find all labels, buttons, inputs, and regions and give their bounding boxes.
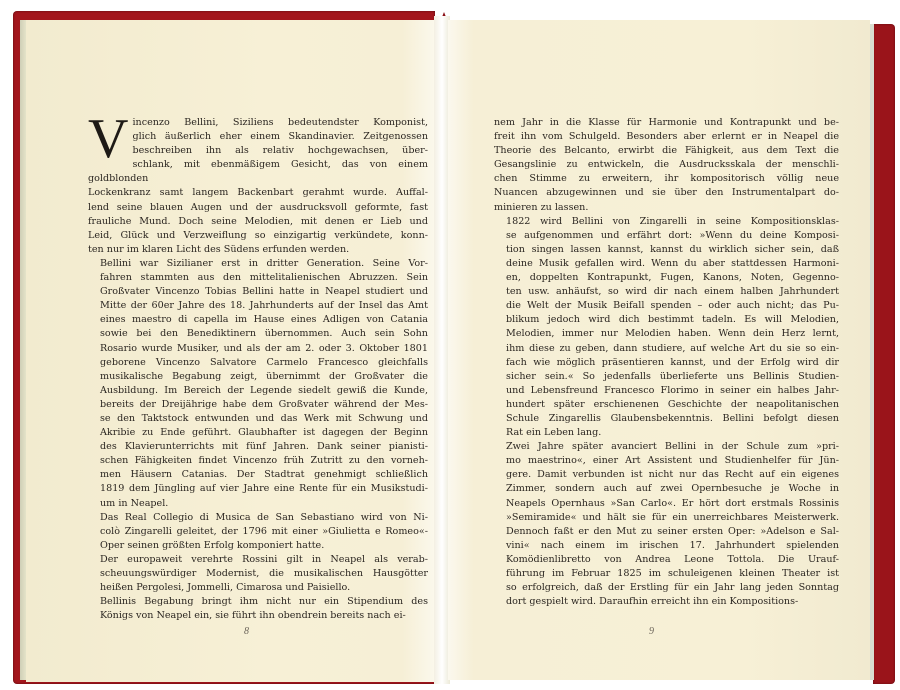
text-line: ihm diese zu geben, dann studiere, auf w… [494,342,839,356]
text-line: freit ihn vom Schulgeld. Besonders aber … [494,130,839,144]
text-line: Bellini war Sizilianer erst in dritter G… [88,257,428,271]
text-line: hundert später erschienenen Geschichte d… [494,398,839,412]
text-line: Rosario wurde Musiker, und als der am 2.… [88,342,428,356]
text-line: Oper seinen größten Erfolg komponiert ha… [88,539,428,553]
text-line: beschreiben ihn als relativ hochgewachse… [88,144,428,158]
paragraph: Bellinis Begabung bringt ihm nicht nur e… [88,595,428,623]
paragraph: Zwei Jahre später avanciert Bellini in d… [494,440,839,609]
text-line: 1822 wird Bellini von Zingarelli in sein… [494,215,839,229]
text-line: tion singen lassen kannst, kannst du wir… [494,243,839,257]
text-line: geborene Vincenzo Salvatore Carmelo Fran… [88,356,428,370]
text-line: des Klavierunterrichts mit fünf Jahren. … [88,440,428,454]
left-page: V incenzo Bellini, Siziliens bedeutendst… [26,20,435,682]
right-page: nem Jahr in die Klasse für Harmonie und … [448,20,870,680]
drop-cap: V [88,118,128,160]
text-line: vini« nach einem im irischen 17. Jahrhun… [494,539,839,553]
text-line: sowie bei den Benediktinern übernommen. … [88,327,428,341]
text-line: colò Zingarelli geleitet, der 1796 mit e… [88,525,428,539]
text-line: heißen Pergolesi, Jommelli, Cimarosa und… [88,581,428,595]
text-line: Gesangslinie zu entwickeln, die Ausdruck… [494,158,839,172]
text-line: fach wie möglich präsentieren kannst, un… [494,356,839,370]
text-line: mo maestrino«, einer Art Assistent und S… [494,454,839,468]
text-line: ten usw. anhäufst, so wird dir nach eine… [494,285,839,299]
text-line: scheuungswürdiger Modernist, die musikal… [88,567,428,581]
text-line: »Semiramide« und hält sie für ein unerre… [494,511,839,525]
text-line: lend seine blauen Augen und der ausdruck… [88,201,428,215]
text-line: Dennoch faßt er den Mut zu seiner ersten… [494,525,839,539]
text-line: Leid, Glück und Verzweiflung so einzigar… [88,229,428,243]
text-line: Mitte der 60er Jahre des 18. Jahrhundert… [88,299,428,313]
text-line: führung im Februar 1825 im schuleigenen … [494,567,839,581]
text-line: se den Taktstock entwunden und das Werk … [88,412,428,426]
paragraph: nem Jahr in die Klasse für Harmonie und … [494,116,839,215]
text-line: Zwei Jahre später avanciert Bellini in d… [494,440,839,454]
text-line: Schule Zingarellis Glaubensbekenntnis. B… [494,412,839,426]
text-line: frauliche Mund. Doch seine Melodien, mit… [88,215,428,229]
text-line: se aufgenommen und erfährt dort: »Wenn d… [494,229,839,243]
text-line: gere. Damit verbunden ist nicht nur das … [494,468,839,482]
paragraph: incenzo Bellini, Siziliens bedeutendster… [88,116,428,257]
text-line: fahren stammten aus den mittelitalienisc… [88,271,428,285]
text-line: Zimmer, sondern auch auf zwei Opernbesuc… [494,482,839,496]
text-line: deine Musik gefallen wird. Wenn du aber … [494,257,839,271]
text-line: glich äußerlich eher einem Skandinavier.… [88,130,428,144]
text-line: nem Jahr in die Klasse für Harmonie und … [494,116,839,130]
paragraph: Der europaweit verehrte Rossini gilt in … [88,553,428,595]
text-line: 1819 dem Jüngling auf vier Jahre eine Re… [88,482,428,496]
text-line: Rat ein Leben lang. [494,426,839,440]
text-line: en, doppelten Kontrapunkt, Fugen, Kanons… [494,271,839,285]
left-page-text: V incenzo Bellini, Siziliens bedeutendst… [88,116,428,623]
text-line: Neapels Opernhaus »San Carlo«. Er hört d… [494,497,839,511]
paragraph: Bellini war Sizilianer erst in dritter G… [88,257,428,511]
right-page-text: nem Jahr in die Klasse für Harmonie und … [494,116,839,609]
text-line: sicher sein.« So jedenfalls überlieferte… [494,370,839,384]
text-line: bereits der Dreijährige habe dem Großvat… [88,398,428,412]
text-line: schen Fähigkeiten findet Vincenzo früh Z… [88,454,428,468]
text-line: Lockenkranz samt langem Backenbart gerah… [88,186,428,200]
text-line: und Lebensfreund Francesco Florimo in se… [494,384,839,398]
text-line: um in Neapel. [88,497,428,511]
text-line: Großvater Vincenzo Tobias Bellini hatte … [88,285,428,299]
text-line: Bellinis Begabung bringt ihm nicht nur e… [88,595,428,609]
paragraph: 1822 wird Bellini von Zingarelli in sein… [494,215,839,441]
text-line: so erfolgreich, daß der Erstling für ein… [494,581,839,595]
text-line: ten nur im klaren Licht des Südens erfun… [88,243,428,257]
page-number-right: 9 [649,626,654,637]
text-line: Das Real Collegio di Musica de San Sebas… [88,511,428,525]
text-line: incenzo Bellini, Siziliens bedeutendster… [88,116,428,130]
text-line: Ausbildung. Im Bereich der Legende siede… [88,384,428,398]
text-line: Königs von Neapel ein, sie führt ihn obe… [88,609,428,623]
text-line: men Häusern Catanias. Der Stadtrat geneh… [88,468,428,482]
text-line: chen Stimme zu erweitern, ihr kompositor… [494,172,839,186]
text-line: Akribie zu Ende geführt. Glaubhafter ist… [88,426,428,440]
text-line: Der europaweit verehrte Rossini gilt in … [88,553,428,567]
paragraph: Das Real Collegio di Musica de San Sebas… [88,511,428,553]
text-line: eines maestro di capella im Hause eines … [88,313,428,327]
text-line: minieren zu lassen. [494,201,839,215]
text-line: schlank, mit ebenmäßigem Gesicht, das vo… [88,158,428,186]
book-cover-right [873,24,895,684]
text-line: Theorie des Belcanto, erwirbt die Fähigk… [494,144,839,158]
text-line: Nuancen abzugewinnen und sie über den In… [494,186,839,200]
text-line: die Welt der Musik Beifall spenden – ode… [494,299,839,313]
text-line: musikalische Begabung zeigt, übernimmt d… [88,370,428,384]
text-line: Melodien, immer nur Melodien haben. Wenn… [494,327,839,341]
text-line: dort gespielt wird. Daraufhin erreicht i… [494,595,839,609]
text-line: Komödienlibretto von Andrea Leone Tottol… [494,553,839,567]
text-line: blikum jedoch wird dich bestimmt tadeln.… [494,313,839,327]
page-number-left: 8 [244,626,249,637]
